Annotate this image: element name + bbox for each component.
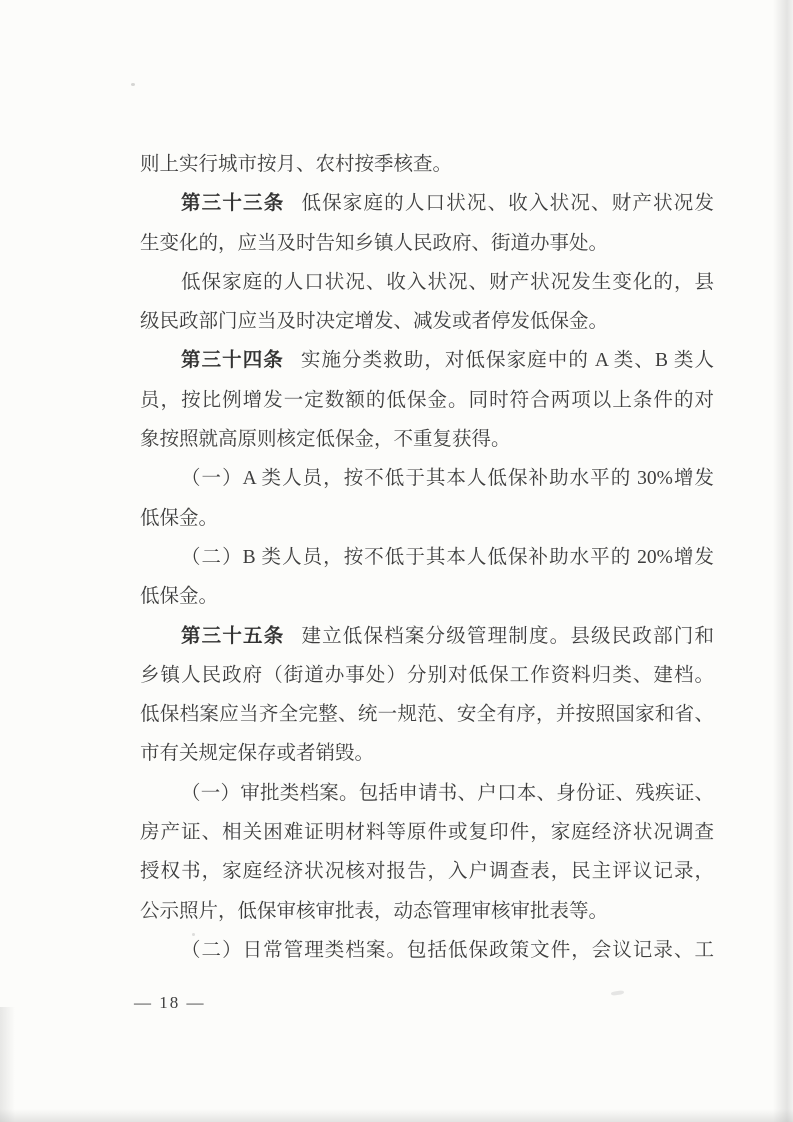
line-text: （一）审批类档案。包括申请书、户口本、身份证、残疾证、 bbox=[181, 783, 714, 804]
scan-speck bbox=[131, 83, 135, 86]
text-line: 乡镇人民政府（街道办事处）分别对低保工作资料归类、建档。 bbox=[140, 656, 714, 695]
text-line: 第三十四条实施分类救助，对低保家庭中的 A 类、B 类人 bbox=[140, 341, 714, 380]
line-text: 建立低保档案分级管理制度。县级民政部门和 bbox=[301, 626, 714, 647]
line-text: 象按照就高原则核定低保金，不重复获得。 bbox=[140, 429, 511, 450]
line-text: （二）日常管理类档案。包括低保政策文件，会议记录、工 bbox=[181, 940, 714, 961]
line-text: 低保档案应当齐全完整、统一规范、安全有序，并按照国家和省、 bbox=[140, 704, 714, 725]
line-text: 员，按比例增发一定数额的低保金。同时符合两项以上条件的对 bbox=[140, 390, 714, 411]
article-number: 第三十三条 bbox=[181, 193, 284, 214]
text-line: 市有关规定保存或者销毁。 bbox=[140, 734, 714, 773]
line-text: 低保金。 bbox=[140, 586, 218, 607]
article-number: 第三十五条 bbox=[181, 626, 284, 647]
line-text: 生变化的，应当及时告知乡镇人民政府、街道办事处。 bbox=[140, 233, 608, 254]
scan-speck bbox=[611, 990, 624, 996]
line-text: 实施分类救助，对低保家庭中的 A 类、B 类人 bbox=[301, 350, 714, 371]
text-line: （一）A 类人员，按不低于其本人低保补助水平的 30%增发 bbox=[140, 459, 714, 498]
text-line: 生变化的，应当及时告知乡镇人民政府、街道办事处。 bbox=[140, 224, 714, 263]
line-text: 房产证、相关困难证明材料等原件或复印件，家庭经济状况调查 bbox=[140, 822, 714, 843]
line-text: 市有关规定保存或者销毁。 bbox=[140, 743, 374, 764]
text-line: 级民政部门应当及时决定增发、减发或者停发低保金。 bbox=[140, 302, 714, 341]
text-line: 低保档案应当齐全完整、统一规范、安全有序，并按照国家和省、 bbox=[140, 695, 714, 734]
scan-shadow-bottom bbox=[0, 1109, 793, 1122]
scan-shadow-bottom-left bbox=[0, 1007, 15, 1122]
text-line: 低保金。 bbox=[140, 577, 714, 616]
line-text: 授权书，家庭经济状况核对报告，入户调查表，民主评议记录， bbox=[140, 861, 714, 882]
text-line: 第三十五条建立低保档案分级管理制度。县级民政部门和 bbox=[140, 617, 714, 656]
text-line: 则上实行城市按月、农村按季核查。 bbox=[140, 145, 714, 184]
text-line: 第三十三条低保家庭的人口状况、收入状况、财产状况发 bbox=[140, 184, 714, 223]
line-text: 低保金。 bbox=[140, 508, 218, 529]
article-number: 第三十四条 bbox=[181, 350, 284, 371]
page-number: — 18 — bbox=[134, 993, 206, 1013]
line-text: 级民政部门应当及时决定增发、减发或者停发低保金。 bbox=[140, 311, 608, 332]
text-line: （二）B 类人员，按不低于其本人低保补助水平的 20%增发 bbox=[140, 538, 714, 577]
text-line: （二）日常管理类档案。包括低保政策文件，会议记录、工 bbox=[140, 931, 714, 970]
text-line: 公示照片，低保审核审批表，动态管理审核审批表等。 bbox=[140, 892, 714, 931]
line-text: 公示照片，低保审核审批表，动态管理审核审批表等。 bbox=[140, 901, 608, 922]
text-line: 低保家庭的人口状况、收入状况、财产状况发生变化的，县 bbox=[140, 263, 714, 302]
text-line: （一）审批类档案。包括申请书、户口本、身份证、残疾证、 bbox=[140, 774, 714, 813]
document-page: 则上实行城市按月、农村按季核查。第三十三条低保家庭的人口状况、收入状况、财产状况… bbox=[0, 0, 793, 1122]
line-text: 乡镇人民政府（街道办事处）分别对低保工作资料归类、建档。 bbox=[140, 665, 714, 686]
text-line: 低保金。 bbox=[140, 499, 714, 538]
text-line: 授权书，家庭经济状况核对报告，入户调查表，民主评议记录， bbox=[140, 852, 714, 891]
document-body: 则上实行城市按月、农村按季核查。第三十三条低保家庭的人口状况、收入状况、财产状况… bbox=[140, 145, 714, 970]
line-text: （一）A 类人员，按不低于其本人低保补助水平的 30%增发 bbox=[181, 468, 714, 489]
scan-speck bbox=[192, 933, 195, 936]
line-text: （二）B 类人员，按不低于其本人低保补助水平的 20%增发 bbox=[181, 547, 714, 568]
text-line: 员，按比例增发一定数额的低保金。同时符合两项以上条件的对 bbox=[140, 381, 714, 420]
line-text: 低保家庭的人口状况、收入状况、财产状况发 bbox=[301, 193, 714, 214]
scan-shadow-right bbox=[773, 0, 793, 1122]
text-line: 房产证、相关困难证明材料等原件或复印件，家庭经济状况调查 bbox=[140, 813, 714, 852]
line-text: 则上实行城市按月、农村按季核查。 bbox=[140, 154, 452, 175]
line-text: 低保家庭的人口状况、收入状况、财产状况发生变化的，县 bbox=[181, 272, 714, 293]
text-line: 象按照就高原则核定低保金，不重复获得。 bbox=[140, 420, 714, 459]
